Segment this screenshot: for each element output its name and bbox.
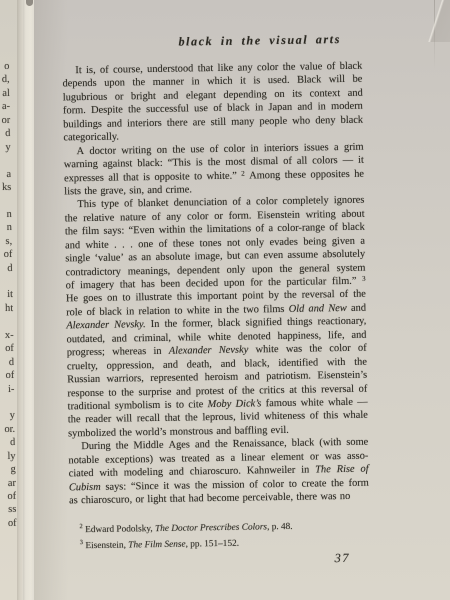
facing-page-fragment: ht: [0, 302, 13, 316]
text-word: of: [66, 279, 75, 293]
text-word: particular: [286, 275, 326, 289]
text-word: mission: [212, 478, 245, 492]
facing-page-fragment: d: [0, 261, 13, 275]
text-word: Despite: [91, 104, 123, 118]
text-word: chiaroscuro,: [81, 493, 132, 507]
text-word: meanings,: [128, 264, 171, 278]
text-word: modeling: [124, 466, 163, 480]
text-word: and: [245, 370, 260, 384]
text-word: Renaissance,: [233, 437, 287, 451]
text-word: the: [283, 61, 296, 75]
text-word: of: [159, 237, 168, 251]
text-word: modern: [331, 100, 363, 114]
text-word: whale: [328, 396, 353, 410]
facing-page-text-fragments: od,ala-ordy aks nns,ofd itht x-ofdofi- y…: [0, 60, 17, 530]
text-word: of: [210, 143, 219, 157]
text-word: famous: [266, 397, 297, 411]
text-word: nature: [120, 211, 146, 225]
text-word: ciated: [69, 467, 94, 481]
facing-page-fragment: y: [0, 141, 11, 155]
text-word: depending: [223, 88, 267, 102]
text-word: black: [342, 221, 365, 235]
text-word: doctor: [89, 144, 116, 158]
text-word: and: [297, 101, 312, 115]
text-word: been: [160, 278, 180, 292]
text-word: the: [195, 479, 208, 493]
text-word: to: [122, 292, 130, 306]
facing-page-fragment: it: [0, 288, 13, 302]
book-photo: od,ala-ordy aks nns,ofd itht x-ofdofi- y…: [0, 0, 450, 600]
text-word: denunciation: [174, 196, 228, 210]
text-word: (with: [319, 436, 341, 450]
text-word: there: [296, 490, 317, 504]
text-word: of: [232, 196, 241, 210]
text-word: assume: [287, 249, 318, 263]
text-word: sin,: [129, 184, 144, 198]
page-content: black in the visual arts Itis,ofcourse,u…: [62, 32, 370, 570]
text-word: black,: [244, 357, 269, 371]
text-word: black: [292, 437, 315, 451]
text-word: goes: [83, 292, 102, 306]
text-word: white: [85, 238, 108, 252]
text-word: dependent: [177, 264, 220, 278]
text-word: on: [157, 143, 168, 157]
text-word: the: [309, 343, 322, 357]
text-word: will: [329, 73, 345, 87]
text-word: opposite: [154, 170, 189, 184]
text-word: protest: [196, 384, 224, 398]
text-word: successful: [146, 103, 189, 117]
text-word: of: [310, 410, 319, 424]
text-word: even: [263, 249, 283, 263]
text-word: can: [245, 249, 260, 263]
text-word: writing: [121, 144, 151, 158]
text-word: people: [259, 115, 287, 129]
text-word: limitations: [207, 223, 252, 237]
text-word: “This: [168, 156, 191, 170]
text-word: imagery: [80, 279, 114, 293]
text-word: symbolism: [115, 399, 161, 413]
text-word: the: [68, 414, 81, 428]
text-word: signified: [245, 316, 282, 330]
text-word: world’s: [135, 426, 166, 440]
text-word: color: [224, 142, 246, 156]
text-word: white: [208, 331, 231, 345]
text-word: categorically.: [63, 131, 119, 145]
running-header: black in the visual arts: [62, 32, 362, 55]
text-word: element: [271, 450, 304, 464]
text-word: treated: [181, 452, 209, 466]
text-word: .: [114, 238, 117, 251]
text-word: grim: [344, 140, 364, 154]
text-word: Nevsky.: [114, 318, 146, 332]
text-word: color-range: [277, 222, 325, 236]
text-word: and: [351, 302, 366, 316]
text-word: white: [187, 304, 210, 318]
text-word: buildings: [63, 118, 102, 132]
text-word: of: [100, 64, 109, 78]
text-word: upon: [224, 277, 245, 291]
text-word: all: [108, 171, 119, 185]
text-word: Eisenstein’s: [317, 369, 367, 383]
text-word: black: [340, 60, 363, 74]
facing-page-fragment: y: [2, 409, 15, 423]
text-word: During: [81, 440, 111, 454]
text-word: which: [207, 75, 233, 89]
text-word: the: [121, 386, 134, 400]
text-word: as: [69, 494, 78, 508]
text-word: of: [255, 222, 264, 236]
text-word: to: [108, 386, 116, 400]
text-word: an: [141, 251, 151, 265]
text-word: this: [301, 383, 316, 397]
footnote-marker: 2: [241, 167, 245, 181]
text-word: is: [253, 75, 260, 89]
text-word: The Doctor Prescribes Colors: [155, 523, 267, 535]
text-word: or: [214, 210, 223, 224]
text-word: surprise: [138, 385, 171, 399]
text-word: some: [346, 436, 368, 450]
text-word: many: [231, 115, 254, 129]
text-word: black: [227, 102, 250, 116]
text-word: Eisenstein: [257, 208, 300, 222]
text-word: and: [308, 302, 324, 316]
text-word: in: [301, 464, 309, 478]
facing-page-fragment: n: [0, 208, 12, 222]
text-word: any: [238, 61, 253, 75]
text-word: colors: [312, 154, 338, 168]
text-word: Russian: [67, 373, 100, 387]
text-word: the: [353, 288, 366, 302]
facing-page-fragment: a: [0, 167, 11, 181]
facing-page-fragment: of: [3, 517, 16, 531]
text-word: of: [360, 463, 368, 477]
text-word: value: [300, 60, 323, 74]
facing-page-fragment: of: [3, 490, 16, 504]
text-word: Nevsky: [219, 344, 249, 358]
facing-page-fragment: a-: [0, 100, 10, 114]
text-word: the: [354, 355, 367, 369]
text-word: of: [152, 211, 161, 225]
text-word: Old: [289, 302, 305, 316]
text-word: whereas: [112, 345, 146, 359]
facing-page-fragment: [2, 396, 15, 410]
text-word: Cubism: [69, 480, 101, 494]
text-word: point: [242, 290, 264, 304]
facing-page-fragment: d: [1, 356, 14, 370]
text-word: “Since: [131, 479, 159, 493]
text-word: “Even: [129, 224, 155, 238]
text-word: cruelty,: [67, 359, 98, 373]
text-word: deny: [315, 114, 335, 128]
text-word: patriotism.: [266, 370, 311, 384]
text-word: Rise: [337, 463, 355, 477]
text-word: livid: [240, 411, 259, 425]
text-word: —: [357, 396, 368, 410]
text-word: completely: [282, 195, 328, 209]
text-word: the: [215, 438, 228, 452]
text-word: happiness,: [278, 329, 322, 343]
text-word: the: [242, 384, 255, 398]
text-word: Moby: [208, 398, 232, 412]
facing-page-fragment: ly: [2, 450, 15, 464]
text-word: will: [116, 413, 132, 427]
text-word: or: [310, 450, 319, 464]
text-word: the: [65, 225, 78, 239]
text-word: its: [292, 87, 302, 101]
text-word: or: [115, 90, 124, 104]
text-word: writing: [306, 208, 336, 222]
text-word: whiteness: [264, 410, 305, 424]
facing-page-fragment: of: [1, 342, 14, 356]
text-word: type: [101, 198, 119, 212]
text-word: about: [341, 207, 364, 221]
facing-page-fragment: or: [0, 114, 10, 128]
text-word: while: [178, 331, 201, 345]
text-word: to: [174, 304, 182, 318]
text-word: on: [274, 88, 285, 102]
text-word: color: [187, 210, 209, 224]
text-word: is: [196, 156, 203, 170]
text-word: that: [198, 62, 214, 76]
text-word: only: [246, 236, 265, 250]
text-word: death,: [187, 358, 212, 372]
text-word: at: [289, 383, 297, 397]
facing-page-fragment: o: [0, 60, 10, 74]
text-word: illustrate: [135, 291, 172, 305]
text-word: notable: [68, 454, 99, 468]
facing-page-fragment: s,: [0, 235, 12, 249]
text-word: .: [122, 238, 125, 251]
text-word: as: [128, 251, 137, 265]
text-word: role: [66, 306, 82, 320]
text-word: perceivable,: [242, 491, 293, 505]
facing-page-fragment: ar: [3, 476, 16, 490]
text-word: not: [227, 236, 240, 250]
text-word: heroism: [205, 371, 239, 385]
text-word: a: [334, 141, 339, 155]
text-word: depends: [62, 77, 96, 91]
text-word: things: [287, 316, 313, 330]
text-word: given: [332, 234, 355, 248]
text-word: was: [320, 490, 336, 504]
text-word: manner: [153, 76, 184, 90]
text-word: , pp. 151–152.: [186, 538, 240, 549]
text-word: a: [268, 222, 273, 236]
text-word: use: [190, 143, 204, 157]
text-word: and: [351, 328, 366, 342]
facing-page-fragment: i-: [1, 382, 14, 396]
facing-page-fragment: x-: [1, 329, 14, 343]
text-word: In: [151, 318, 160, 332]
text-word: Alexander: [66, 319, 109, 333]
text-word: identified: [278, 356, 318, 370]
text-word: and: [163, 358, 178, 372]
text-word: cite: [188, 398, 203, 412]
facing-page-fragment: of: [1, 369, 14, 383]
text-word: used.: [268, 74, 290, 88]
text-word: .: [130, 238, 133, 251]
text-word: former,: [182, 317, 213, 331]
text-word: contradictory: [65, 265, 121, 279]
text-word: ‘value’: [94, 252, 124, 266]
body-text: Itis,ofcourse,understoodthatlikeanycolor…: [62, 60, 369, 508]
text-word: the: [172, 143, 185, 157]
facing-page-fragment: al: [0, 87, 10, 101]
text-word: decided: [186, 277, 219, 291]
text-word: no: [340, 490, 351, 504]
text-word: as: [216, 452, 225, 466]
text-word: one: [138, 238, 153, 252]
text-word: absolutely: [322, 248, 365, 262]
text-word: elegant: [186, 89, 216, 103]
text-word: lugubrious: [63, 91, 108, 105]
text-word: in: [126, 305, 134, 319]
text-word: understood: [147, 62, 193, 76]
text-word: was: [286, 343, 302, 357]
text-word: has: [141, 278, 155, 292]
text-word: the: [128, 103, 141, 117]
facing-page-fragment: [0, 194, 12, 208]
text-word: on: [107, 292, 118, 306]
text-word: Dick’s: [236, 397, 262, 411]
text-word: Ages: [168, 439, 190, 453]
text-word: light: [147, 493, 166, 507]
text-word: was: [174, 479, 190, 493]
text-word: dismal: [250, 155, 278, 169]
text-word: issues: [304, 141, 329, 155]
text-word: Black: [297, 74, 321, 88]
text-word: films: [263, 303, 285, 317]
text-word: was: [159, 452, 175, 466]
text-word: use: [194, 102, 208, 116]
text-word: color: [256, 195, 278, 209]
text-word: these: [285, 168, 307, 182]
text-word: Among: [249, 168, 280, 182]
text-word: oppression,: [106, 359, 154, 373]
text-word: evil.: [271, 424, 289, 438]
text-word: A: [77, 145, 85, 159]
text-word: of: [358, 342, 367, 356]
text-word: film.”: [332, 275, 357, 289]
text-word: Eisenstein,: [83, 540, 128, 551]
text-word: form.: [63, 104, 86, 118]
text-word: general: [299, 262, 330, 276]
text-word: of: [249, 478, 258, 492]
text-word: that: [123, 171, 139, 185]
text-word: relative: [83, 211, 114, 225]
text-word: opposites: [310, 167, 349, 181]
text-word: relation: [138, 305, 170, 319]
facing-page-fragment: or.: [2, 423, 15, 437]
text-word: it: [163, 479, 169, 493]
facing-page-fragment: d: [2, 436, 15, 450]
text-word: bright: [131, 90, 156, 104]
text-word: tones: [199, 237, 221, 251]
text-word: white.”: [206, 169, 237, 183]
text-word: chiaroscuro.: [190, 465, 241, 479]
text-word: a: [360, 234, 365, 248]
text-word: of: [283, 155, 292, 169]
text-word: leprous,: [202, 411, 235, 425]
text-word: , p. 48.: [267, 522, 293, 532]
text-word: represented: [150, 371, 198, 385]
text-word: is,: [86, 64, 96, 78]
text-word: the: [331, 477, 344, 491]
text-word: the: [268, 276, 281, 290]
text-word: the: [190, 223, 203, 237]
footnotes: 2 Edward Podolsky, The Doctor Prescribes…: [69, 517, 369, 552]
text-word: color: [257, 61, 279, 75]
text-word: absolute: [155, 251, 190, 265]
text-word: black: [99, 305, 122, 319]
text-word: and: [216, 425, 231, 439]
text-word: asso-: [347, 449, 369, 463]
text-word: that: [165, 412, 181, 426]
text-word: create: [302, 477, 327, 491]
text-word: outdated,: [66, 332, 105, 346]
text-word: critics: [259, 383, 285, 397]
text-word: a: [246, 196, 251, 210]
text-word: in: [250, 142, 258, 156]
text-word: become: [207, 492, 240, 506]
text-word: being: [303, 235, 326, 249]
text-word: says:: [103, 225, 124, 239]
text-word: in: [191, 76, 199, 90]
text-word: Middle: [133, 439, 163, 453]
text-word: the: [116, 440, 129, 454]
text-word: upon: [104, 77, 125, 91]
text-word: this: [177, 291, 192, 305]
text-word: color: [263, 478, 285, 492]
text-word: linear: [241, 451, 265, 465]
text-word: and: [221, 357, 236, 371]
text-word: is: [143, 171, 150, 185]
text-word: and: [112, 332, 127, 346]
text-word: against: [103, 157, 133, 171]
text-word: traditional: [68, 400, 111, 414]
text-word: with: [99, 467, 118, 481]
text-word: and: [65, 239, 80, 253]
text-word: that: [120, 278, 136, 292]
facing-page-fragment: d: [0, 127, 11, 141]
text-word: all: [297, 155, 308, 169]
text-word: warriors,: [107, 372, 144, 386]
text-word: expresses: [64, 171, 104, 185]
text-word: denoted: [238, 330, 271, 344]
text-word: the: [226, 304, 239, 318]
text-word: reversal: [321, 382, 354, 396]
text-word: film: [82, 225, 100, 239]
text-word: image,: [195, 250, 223, 264]
text-word: in: [153, 345, 161, 359]
text-word: there: [167, 116, 188, 130]
text-word: recall: [137, 412, 160, 426]
text-word: had: [189, 492, 204, 506]
text-word: color: [329, 342, 351, 356]
text-word: black: [340, 113, 363, 127]
text-word: —: [343, 154, 354, 168]
text-word: reversal: [302, 289, 335, 303]
text-word: blanket: [138, 197, 169, 211]
text-word: exceptions): [105, 453, 153, 467]
text-word: ignores: [334, 194, 365, 208]
text-word: response: [67, 386, 104, 400]
text-word: the: [65, 212, 78, 226]
text-word: lists: [64, 185, 81, 199]
text-word: life,: [328, 329, 345, 343]
text-word: The: [315, 463, 331, 477]
